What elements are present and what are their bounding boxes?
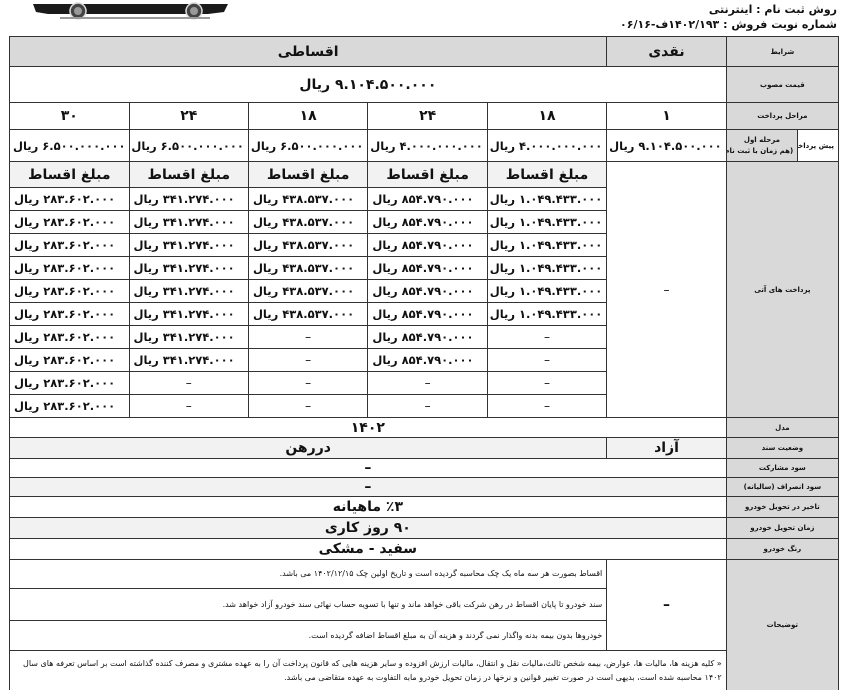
installment-amount-header: مبلغ اقساط: [248, 162, 367, 188]
installment-cell: ۴۳۸.۵۳۷.۰۰۰ ریال: [248, 234, 367, 257]
installment-cell: ۱.۰۴۹.۴۳۳.۰۰۰ ریال: [487, 211, 606, 234]
installment-cell: ۸۵۴.۷۹۰.۰۰۰ ریال: [368, 211, 487, 234]
cancellation-profit-label: سود انصراف (سالیانه): [726, 478, 838, 497]
delivery-delay-label: تاخیر در تحویل خودرو: [726, 497, 838, 518]
note-1: اقساط بصورت هر سه ماه یک چک محاسبه گردید…: [10, 560, 607, 589]
prepayment-18a: ۴.۰۰۰.۰۰۰.۰۰۰ ریال: [487, 130, 606, 162]
cash-header: نقدی: [607, 37, 726, 67]
delivery-time-label: زمان تحویل خودرو: [726, 518, 838, 539]
cash-future-payments: –: [607, 162, 726, 418]
future-payments-label: پرداخت های آتی: [726, 162, 838, 418]
installment-amount-header: مبلغ اقساط: [10, 162, 130, 188]
car-color-label: رنگ خودرو: [726, 539, 838, 560]
installment-cell: ۸۵۴.۷۹۰.۰۰۰ ریال: [368, 349, 487, 372]
installment-cell: ۳۴۱.۲۷۴.۰۰۰ ریال: [129, 326, 248, 349]
installment-cell: ۴۳۸.۵۳۷.۰۰۰ ریال: [248, 280, 367, 303]
installment-cell: –: [368, 372, 487, 395]
installment-cell: ۲۸۳.۶۰۲.۰۰۰ ریال: [10, 280, 130, 303]
installment-cell: ۲۸۳.۶۰۲.۰۰۰ ریال: [10, 188, 130, 211]
installment-cell: ۸۵۴.۷۹۰.۰۰۰ ریال: [368, 257, 487, 280]
general-note: « کلیه هزینه ها، مالیات ها، عوارض، بیمه …: [10, 651, 727, 690]
prepayment-cash: ۹.۱۰۴.۵۰۰.۰۰۰ ریال: [607, 130, 726, 162]
installment-cell: ۴۳۸.۵۳۷.۰۰۰ ریال: [248, 211, 367, 234]
installment-cell: ۱.۰۴۹.۴۳۳.۰۰۰ ریال: [487, 234, 606, 257]
registration-method: روش ثبت نام : اینترنتی: [620, 2, 837, 17]
note-3: خودروها بدون بیمه بدنه واگذار نمی گردند …: [10, 621, 607, 651]
installment-cell: ۴۳۸.۵۳۷.۰۰۰ ریال: [248, 303, 367, 326]
payment-stages-label: مراحل پرداخت: [726, 103, 838, 130]
conditions-label: شرایط: [726, 37, 838, 67]
installment-cell: ۸۵۴.۷۹۰.۰۰۰ ریال: [368, 234, 487, 257]
installment-cell: ۲۸۳.۶۰۲.۰۰۰ ریال: [10, 326, 130, 349]
installment-cell: ۲۸۳.۶۰۲.۰۰۰ ریال: [10, 372, 130, 395]
first-stage-subtitle: (هم زمان با ثبت نام): [731, 146, 793, 157]
installment-cell: –: [487, 395, 606, 418]
installment-cell: ۳۴۱.۲۷۴.۰۰۰ ریال: [129, 303, 248, 326]
installment-cell: –: [368, 395, 487, 418]
installment-cell: ۳۴۱.۲۷۴.۰۰۰ ریال: [129, 188, 248, 211]
prepayment-30: ۶.۵۰۰.۰۰۰.۰۰۰ ریال: [10, 130, 130, 162]
model-label: مدل: [726, 418, 838, 438]
participation-profit-value: –: [10, 459, 727, 478]
prepayment-24b: ۶.۵۰۰.۰۰۰.۰۰۰ ریال: [129, 130, 248, 162]
participation-profit-label: سود مشارکت: [726, 459, 838, 478]
document-status-cash: آزاد: [607, 438, 726, 459]
note-2: سند خودرو تا پایان اقساط در رهن شرکت باق…: [10, 589, 607, 621]
installment-cell: ۳۴۱.۲۷۴.۰۰۰ ریال: [129, 234, 248, 257]
installment-cell: ۱.۰۴۹.۴۳۳.۰۰۰ ریال: [487, 257, 606, 280]
installment-cell: –: [487, 349, 606, 372]
document-status-label: وضعیت سند: [726, 438, 838, 459]
installment-cell: ۸۵۴.۷۹۰.۰۰۰ ریال: [368, 188, 487, 211]
installment-cell: –: [129, 395, 248, 418]
installment-cell: ۴۳۸.۵۳۷.۰۰۰ ریال: [248, 188, 367, 211]
first-stage-title: مرحله اول: [731, 135, 793, 146]
stage-24b: ۲۴: [129, 103, 248, 130]
sale-number: شماره نوبت فروش : ۱۴۰۲/۱۹۳ف-۰۶/۱۶: [620, 17, 837, 32]
stage-18a: ۱۸: [487, 103, 606, 130]
prepayment-label: پیش پرداخت: [798, 130, 839, 162]
prepayment-24a: ۴.۰۰۰.۰۰۰.۰۰۰ ریال: [368, 130, 487, 162]
prepayment-18b: ۶.۵۰۰.۰۰۰.۰۰۰ ریال: [248, 130, 367, 162]
document-header: روش ثبت نام : اینترنتی شماره نوبت فروش :…: [620, 2, 837, 32]
installment-cell: ۳۴۱.۲۷۴.۰۰۰ ریال: [129, 211, 248, 234]
installment-cell: –: [248, 372, 367, 395]
installment-cell: ۳۴۱.۲۷۴.۰۰۰ ریال: [129, 349, 248, 372]
car-color-value: سفید - مشکی: [10, 539, 727, 560]
approved-price: ۹.۱۰۴.۵۰۰.۰۰۰ ریال: [10, 67, 727, 103]
installment-cell: ۲۸۳.۶۰۲.۰۰۰ ریال: [10, 211, 130, 234]
notes-label: توضیحات: [726, 560, 838, 690]
installment-cell: ۲۸۳.۶۰۲.۰۰۰ ریال: [10, 303, 130, 326]
notes-cash: –: [607, 560, 726, 651]
installment-cell: –: [487, 372, 606, 395]
approved-price-label: قیمت مصوب: [726, 67, 838, 103]
installment-cell: ۳۴۱.۲۷۴.۰۰۰ ریال: [129, 280, 248, 303]
installment-cell: ۲۸۳.۶۰۲.۰۰۰ ریال: [10, 234, 130, 257]
cancellation-profit-value: –: [10, 478, 727, 497]
installment-cell: ۸۵۴.۷۹۰.۰۰۰ ریال: [368, 303, 487, 326]
installment-cell: ۱.۰۴۹.۴۳۳.۰۰۰ ریال: [487, 188, 606, 211]
installment-amount-header: مبلغ اقساط: [129, 162, 248, 188]
installment-cell: ۲۸۳.۶۰۲.۰۰۰ ریال: [10, 257, 130, 280]
stage-18b: ۱۸: [248, 103, 367, 130]
installment-cell: –: [248, 349, 367, 372]
installment-cell: –: [248, 395, 367, 418]
document-status-installment: دررهن: [10, 438, 607, 459]
stage-30: ۳۰: [10, 103, 130, 130]
model-value: ۱۴۰۲: [10, 418, 727, 438]
installment-header: اقساطی: [10, 37, 607, 67]
installment-amount-header: مبلغ اقساط: [487, 162, 606, 188]
installment-amount-header: مبلغ اقساط: [368, 162, 487, 188]
installment-cell: –: [487, 326, 606, 349]
first-stage-label: مرحله اول (هم زمان با ثبت نام): [726, 130, 797, 162]
sales-conditions-table: شرایط نقدی اقساطی قیمت مصوب ۹.۱۰۴.۵۰۰.۰۰…: [9, 36, 839, 690]
installment-cell: ۳۴۱.۲۷۴.۰۰۰ ریال: [129, 257, 248, 280]
installment-cell: –: [129, 372, 248, 395]
delivery-delay-value: ٪۳ ماهیانه: [10, 497, 727, 518]
installment-cell: ۲۸۳.۶۰۲.۰۰۰ ریال: [10, 395, 130, 418]
installment-cell: –: [248, 326, 367, 349]
installment-cell: ۴۳۸.۵۳۷.۰۰۰ ریال: [248, 257, 367, 280]
installment-cell: ۲۸۳.۶۰۲.۰۰۰ ریال: [10, 349, 130, 372]
installment-cell: ۱.۰۴۹.۴۳۳.۰۰۰ ریال: [487, 303, 606, 326]
installment-cell: ۱.۰۴۹.۴۳۳.۰۰۰ ریال: [487, 280, 606, 303]
car-image: [28, 0, 233, 20]
stage-cash: ۱: [607, 103, 726, 130]
stage-24a: ۲۴: [368, 103, 487, 130]
installment-cell: ۸۵۴.۷۹۰.۰۰۰ ریال: [368, 280, 487, 303]
delivery-time-value: ۹۰ روز کاری: [10, 518, 727, 539]
installment-cell: ۸۵۴.۷۹۰.۰۰۰ ریال: [368, 326, 487, 349]
